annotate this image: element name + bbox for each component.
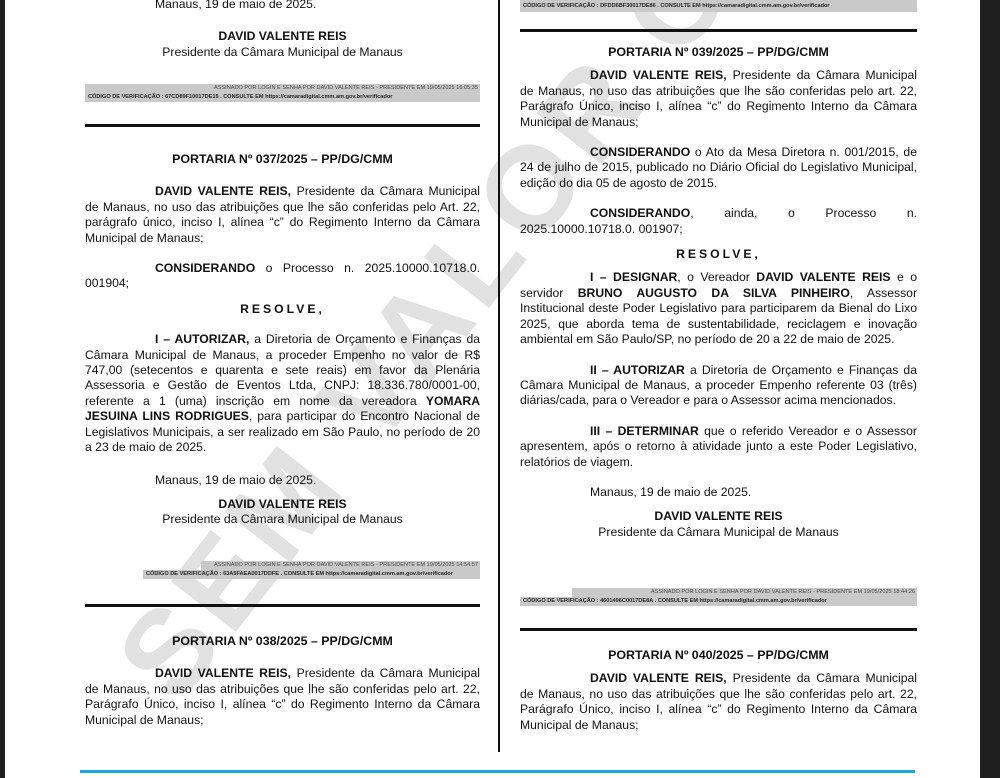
item-1-paragraph: I – AUTORIZAR, a Diretoria de Orçamento …: [85, 332, 480, 455]
considerando-bold: CONSIDERANDO: [590, 206, 690, 220]
portaria-title: PORTARIA Nº 038/2025 – PP/DG/CMM: [85, 634, 480, 649]
considerando-bold: CONSIDERANDO: [590, 145, 690, 159]
portaria-038: PORTARIA Nº 038/2025 – PP/DG/CMM DAVID V…: [85, 634, 480, 728]
date-line: Manaus, 19 de maio de 2025.: [85, 473, 480, 488]
portaria-title: PORTARIA Nº 037/2025 – PP/DG/CMM: [85, 152, 480, 167]
considerando-bold: CONSIDERANDO: [155, 261, 255, 275]
preamble-paragraph: DAVID VALENTE REIS, Presidente da Câmara…: [85, 184, 480, 246]
signer-name: DAVID VALENTE REIS: [85, 29, 480, 44]
item-3-text: que o referido Vereador e o Assessor apr…: [520, 424, 917, 469]
page-bottom-accent-bar: [80, 770, 915, 773]
item-1-paragraph: I – DESIGNAR, o Vereador DAVID VALENTE R…: [520, 270, 917, 347]
preamble-paragraph: DAVID VALENTE REIS, Presidente da Câmara…: [520, 671, 917, 733]
stamp-verification-code[interactable]: CÓDIGO DE VERIFICAÇÃO : 63A5FAEA0017DDFE…: [143, 570, 480, 579]
signature-stamp: ASSINADO POR LOGIN E SENHA POR DAVID VAL…: [85, 84, 480, 102]
item-1-text: a Diretoria de Orçamento e Finanças da C…: [85, 332, 480, 408]
portaria-title: PORTARIA Nº 039/2025 – PP/DG/CMM: [520, 45, 917, 60]
preamble-bold: DAVID VALENTE REIS,: [155, 666, 291, 680]
preamble-paragraph: DAVID VALENTE REIS, Presidente da Câmara…: [520, 68, 917, 130]
portaria-title: PORTARIA Nº 040/2025 – PP/DG/CMM: [520, 648, 917, 663]
signature-stamp: ASSINADO POR LOGIN E SENHA POR DAVID VAL…: [143, 561, 480, 579]
considerando-paragraph: CONSIDERANDO, ainda, o Processo n. 2025.…: [520, 206, 917, 237]
item-1-bold: I – DESIGNAR: [590, 270, 677, 284]
item-2-paragraph: II – AUTORIZAR a Diretoria de Orçamento …: [520, 363, 917, 409]
section-divider: [520, 29, 917, 32]
signature-stamp: ASSINADO POR LOGIN E SENHA POR DAVID VAL…: [520, 588, 917, 606]
item-2-bold: II – AUTORIZAR: [590, 363, 685, 377]
considerando-paragraph: CONSIDERANDO o Ato da Mesa Diretora n. 0…: [520, 145, 917, 191]
stamp-verification-code[interactable]: CÓDIGO DE VERIFICAÇÃO : 67CD89F10017DE15…: [85, 93, 480, 102]
stamp-signed-line: ASSINADO POR LOGIN E SENHA POR DAVID VAL…: [572, 588, 917, 597]
portaria-040: PORTARIA Nº 040/2025 – PP/DG/CMM DAVID V…: [520, 648, 917, 733]
stamp-signed-line: ASSINADO POR LOGIN E SENHA POR DAVID VAL…: [201, 561, 480, 570]
section-divider: [85, 124, 480, 127]
item-1-text: , o Vereador: [677, 270, 756, 284]
stamp-verification-code[interactable]: CÓDIGO DE VERIFICAÇÃO : DFDD6BF30017DE86…: [520, 0, 917, 12]
preamble-paragraph: DAVID VALENTE REIS, Presidente da Câmara…: [85, 666, 480, 728]
document-page: SEM VALOR OFICIAL Manaus, 19 de maio de …: [5, 0, 980, 778]
signer-role: Presidente da Câmara Municipal de Manaus: [85, 512, 480, 527]
signer-role: Presidente da Câmara Municipal de Manaus: [520, 525, 917, 540]
section-divider: [520, 628, 917, 631]
date-line: Manaus, 19 de maio de 2025.: [85, 0, 480, 12]
section-divider: [85, 604, 480, 607]
preamble-bold: DAVID VALENTE REIS,: [590, 671, 727, 685]
considerando-paragraph: CONSIDERANDO o Processo n. 2025.10000.10…: [85, 261, 480, 292]
considerando-text: o Processo n. 2025.10000.10718.0. 001904…: [85, 261, 480, 290]
item-3-bold: III – DETERMINAR: [590, 424, 699, 438]
item-3-paragraph: III – DETERMINAR que o referido Vereador…: [520, 424, 917, 470]
resolve-heading: RESOLVE,: [520, 247, 917, 262]
signature-stamp: CÓDIGO DE VERIFICAÇÃO : DFDD6BF30017DE86…: [520, 0, 917, 12]
date-line: Manaus, 19 de maio de 2025.: [520, 485, 917, 500]
column-divider: [498, 0, 500, 752]
signer-name: DAVID VALENTE REIS: [85, 497, 480, 512]
considerando-text: , ainda, o Processo n. 2025.10000.10718.…: [520, 206, 917, 235]
resolve-heading: RESOLVE,: [85, 302, 480, 317]
servidor-name: BRUNO AUGUSTO DA SILVA PINHEIRO: [578, 286, 850, 300]
signer-name: DAVID VALENTE REIS: [520, 509, 917, 524]
portaria-037: PORTARIA Nº 037/2025 – PP/DG/CMM DAVID V…: [85, 152, 480, 528]
considerando-text: o Ato da Mesa Diretora n. 001/2015, de 2…: [520, 145, 917, 190]
preamble-bold: DAVID VALENTE REIS,: [590, 68, 727, 82]
signer-role: Presidente da Câmara Municipal de Manaus: [85, 45, 480, 60]
vereador-name: DAVID VALENTE REIS: [756, 270, 890, 284]
viewer-right-edge: [980, 0, 1000, 778]
stamp-signed-line: ASSINADO POR LOGIN E SENHA POR DAVID VAL…: [85, 84, 480, 93]
item-1-bold: I – AUTORIZAR,: [155, 332, 249, 346]
item-2-text: a Diretoria de Orçamento e Finanças da C…: [520, 363, 917, 408]
preamble-bold: DAVID VALENTE REIS,: [155, 184, 291, 198]
portaria-039: PORTARIA Nº 039/2025 – PP/DG/CMM DAVID V…: [520, 45, 917, 540]
stamp-verification-code[interactable]: CÓDIGO DE VERIFICAÇÃO : 4601496C0017DE8A…: [520, 597, 917, 606]
